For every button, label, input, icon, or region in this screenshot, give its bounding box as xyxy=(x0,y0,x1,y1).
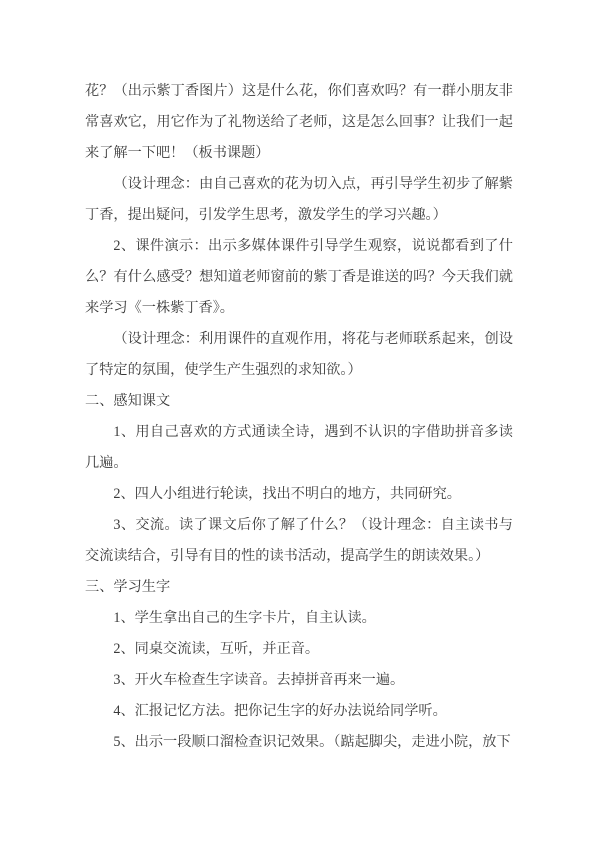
paragraph-step-train-check: 3、开火车检查生字读音。去掉拼音再来一遍。 xyxy=(85,665,513,696)
paragraph-step-deskmate-read: 2、同桌交流读，互听，并正音。 xyxy=(85,634,513,665)
paragraph-step-memory-method: 4、汇报记忆方法。把你记生字的好办法说给同学听。 xyxy=(85,696,513,727)
paragraph-step-jingle-check: 5、出示一段顺口溜检查识记效果。（踮起脚尖，走进小院，放下 xyxy=(85,727,513,758)
paragraph-design-note-1: （设计理念：由自己喜欢的花为切入点，再引导学生初步了解紫丁香，提出疑问，引发学生… xyxy=(85,169,513,231)
paragraph-step-flashcards: 1、学生拿出自己的生字卡片，自主认读。 xyxy=(85,603,513,634)
section-heading-learn-characters: 三、学习生字 xyxy=(85,572,513,603)
document-page: 花？（出示紫丁香图片）这是什么花，你们喜欢吗？有一群小朋友非常喜欢它，用它作为了… xyxy=(0,0,595,842)
paragraph-step-exchange: 3、交流。读了课文后你了解了什么？（设计理念：自主读书与交流读结合，引导有目的性… xyxy=(85,510,513,572)
paragraph-intro-continuation: 花？（出示紫丁香图片）这是什么花，你们喜欢吗？有一群小朋友非常喜欢它，用它作为了… xyxy=(85,76,513,169)
document-body: 花？（出示紫丁香图片）这是什么花，你们喜欢吗？有一群小朋友非常喜欢它，用它作为了… xyxy=(85,76,513,758)
paragraph-step-courseware: 2、课件演示：出示多媒体课件引导学生观察，说说都看到了什么？有什么感受？想知道老… xyxy=(85,231,513,324)
paragraph-step-read-poem: 1、用自己喜欢的方式通读全诗，遇到不认识的字借助拼音多读几遍。 xyxy=(85,417,513,479)
paragraph-step-group-read: 2、四人小组进行轮读，找出不明白的地方，共同研究。 xyxy=(85,479,513,510)
paragraph-design-note-2: （设计理念：利用课件的直观作用，将花与老师联系起来，创设了特定的氛围，使学生产生… xyxy=(85,324,513,386)
section-heading-perceive-text: 二、感知课文 xyxy=(85,386,513,417)
